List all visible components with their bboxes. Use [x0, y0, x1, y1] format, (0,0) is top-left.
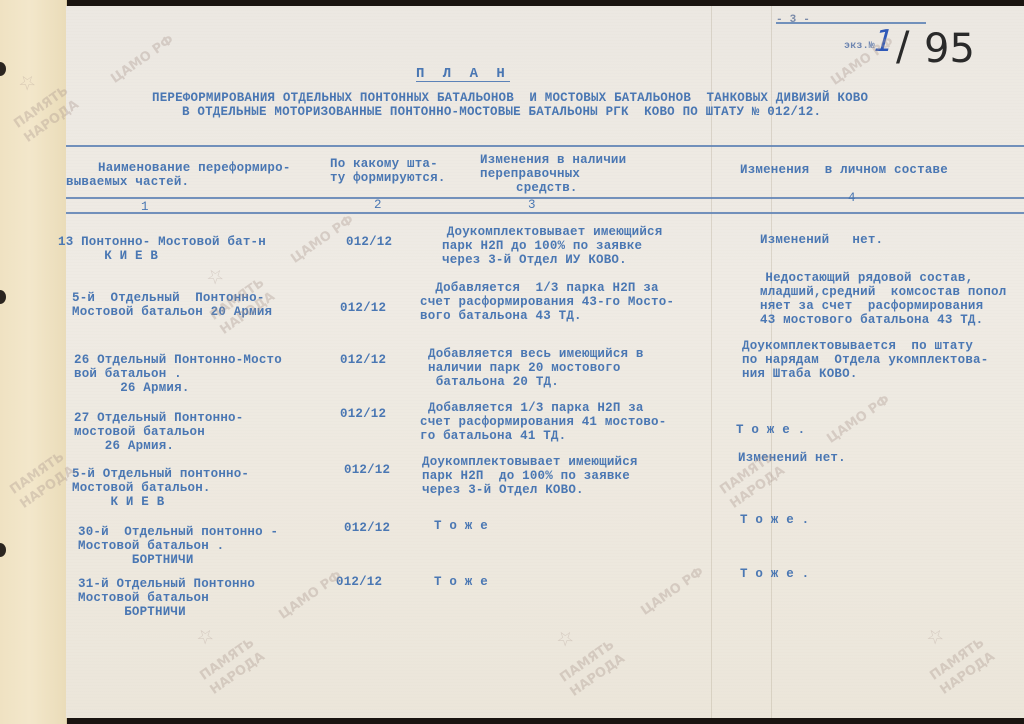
- means-change: Добавляется 1/3 парка Н2П за: [428, 402, 644, 415]
- unit-name: 27 Отдельный Понтонно-: [74, 412, 243, 425]
- means-change: счет расформирования 41 мостово-: [420, 416, 666, 429]
- means-change: Добавляется 1/3 парка Н2П за: [420, 282, 659, 295]
- col4-header-line1: Изменения в личном составе: [740, 164, 948, 177]
- watermark-archive: ЦАМО РФ: [638, 564, 706, 618]
- star-icon: ☆: [921, 621, 949, 651]
- header-mid-rule: [66, 197, 1024, 199]
- col3-header-line3: средств.: [516, 182, 578, 195]
- personnel-change: Т о ж е .: [740, 514, 809, 527]
- col1-header-line1: Наименование переформиро-: [98, 162, 291, 175]
- top-mark: - 3 -: [776, 14, 810, 27]
- means-change: го батальона 41 ТД.: [420, 430, 566, 443]
- document-sheet: - 3 - экз.№ 1 / 95 П Л А Н ПЕРЕФОРМИРОВА…: [66, 6, 1024, 718]
- binder-hole: [0, 62, 6, 76]
- means-change: Доукомплектовывает имеющийся: [416, 226, 662, 239]
- means-change: Доукомплектовывает имеющийся: [422, 456, 638, 469]
- means-change: вого батальона 43 ТД.: [420, 310, 582, 323]
- star-icon: ☆: [191, 621, 219, 651]
- header-top-rule: [66, 145, 1024, 147]
- watermark-archive: ЦАМО РФ: [276, 568, 344, 622]
- means-change: Т о ж е: [434, 520, 488, 533]
- col3-header-line1: Изменения в наличии: [480, 154, 626, 167]
- col4-number: 4: [848, 192, 856, 205]
- page-number-handwritten: 95: [924, 26, 975, 72]
- unit-location: БОРТНИЧИ: [78, 606, 186, 619]
- watermark-archive: ЦАМО РФ: [824, 392, 892, 446]
- means-change: наличии парк 20 мостового: [428, 362, 621, 375]
- unit-location: К И Е В: [72, 496, 164, 509]
- means-change: батальона 20 ТД.: [428, 376, 559, 389]
- document-subtitle-line2: В ОТДЕЛЬНЫЕ МОТОРИЗОВАННЫЕ ПОНТОННО-МОСТ…: [182, 106, 821, 119]
- personnel-change: младший,средний комсостав попол: [760, 286, 1006, 299]
- unit-name: Мостовой батальон .: [78, 540, 224, 553]
- staff-number: 012/12: [344, 464, 390, 477]
- col3-number: 3: [528, 199, 536, 212]
- means-change: парк Н2П до 100% по заявке: [442, 240, 642, 253]
- unit-name: 5-й Отдельный понтонно-: [72, 468, 249, 481]
- personnel-change: по нарядам Отдела укомплектова-: [742, 354, 988, 367]
- personnel-change: Изменений нет.: [760, 234, 883, 247]
- means-change: Т о ж е: [434, 576, 488, 589]
- unit-name: 31-й Отдельный Понтонно: [78, 578, 255, 591]
- star-icon: ☆: [201, 261, 229, 291]
- unit-location: БОРТНИЧИ: [78, 554, 194, 567]
- col3-header-line2: переправочных: [480, 168, 580, 181]
- means-change: через 3-й Отдел КОВО.: [422, 484, 584, 497]
- document-subtitle-line1: ПЕРЕФОРМИРОВАНИЯ ОТДЕЛЬНЫХ ПОНТОННЫХ БАТ…: [152, 92, 868, 105]
- star-icon: ☆: [551, 623, 579, 653]
- col2-header-line2: ту формируются.: [330, 172, 446, 185]
- unit-name: Мостовой батальон.: [72, 482, 211, 495]
- means-change: счет расформирования 43-го Мосто-: [420, 296, 674, 309]
- personnel-change: Т о ж е .: [740, 568, 809, 581]
- col1-number: 1: [141, 201, 149, 214]
- unit-location: К И Е В: [58, 250, 158, 263]
- watermark-archive: ЦАМО РФ: [108, 32, 176, 86]
- unit-name: 26 Отдельный Понтонно-Мосто: [74, 354, 282, 367]
- staff-number: 012/12: [340, 408, 386, 421]
- col2-header-line1: По какому шта-: [330, 158, 438, 171]
- unit-name: мостовой батальон: [74, 426, 205, 439]
- staff-number: 012/12: [340, 354, 386, 367]
- staff-number: 012/12: [340, 302, 386, 315]
- personnel-change: ния Штаба КОВО.: [742, 368, 858, 381]
- col1-header-line2: вываемых частей.: [66, 176, 189, 189]
- unit-name: Мостовой батальон: [78, 592, 209, 605]
- header-bottom-rule: [66, 212, 1024, 214]
- means-change: парк Н2П до 100% по заявке: [422, 470, 630, 483]
- means-change: через 3-й Отдел ИУ КОВО.: [442, 254, 627, 267]
- binder-hole: [0, 543, 6, 557]
- binder-hole: [0, 290, 6, 304]
- staff-number: 012/12: [346, 236, 392, 249]
- means-change: Добавляется весь имеющийся в: [428, 348, 644, 361]
- unit-army: 26 Армия.: [74, 440, 174, 453]
- unit-name: 30-й Отдельный понтонно -: [78, 526, 278, 539]
- page-slash: /: [896, 24, 909, 70]
- unit-name: вой батальон .: [74, 368, 182, 381]
- col2-number: 2: [374, 199, 382, 212]
- personnel-change: Недостающий рядовой состав,: [750, 272, 973, 285]
- unit-army: 26 Армия.: [74, 382, 190, 395]
- personnel-change: Т о ж е .: [736, 424, 805, 437]
- unit-name: 13 Понтонно- Мостовой бат-н: [58, 236, 266, 249]
- personnel-change: Доукомплектовывается по штату: [742, 340, 973, 353]
- personnel-change: 43 мостового батальона 43 ТД.: [760, 314, 983, 327]
- document-title: П Л А Н: [416, 68, 510, 82]
- personnel-change: няет за счет расформирования: [760, 300, 983, 313]
- staff-number: 012/12: [344, 522, 390, 535]
